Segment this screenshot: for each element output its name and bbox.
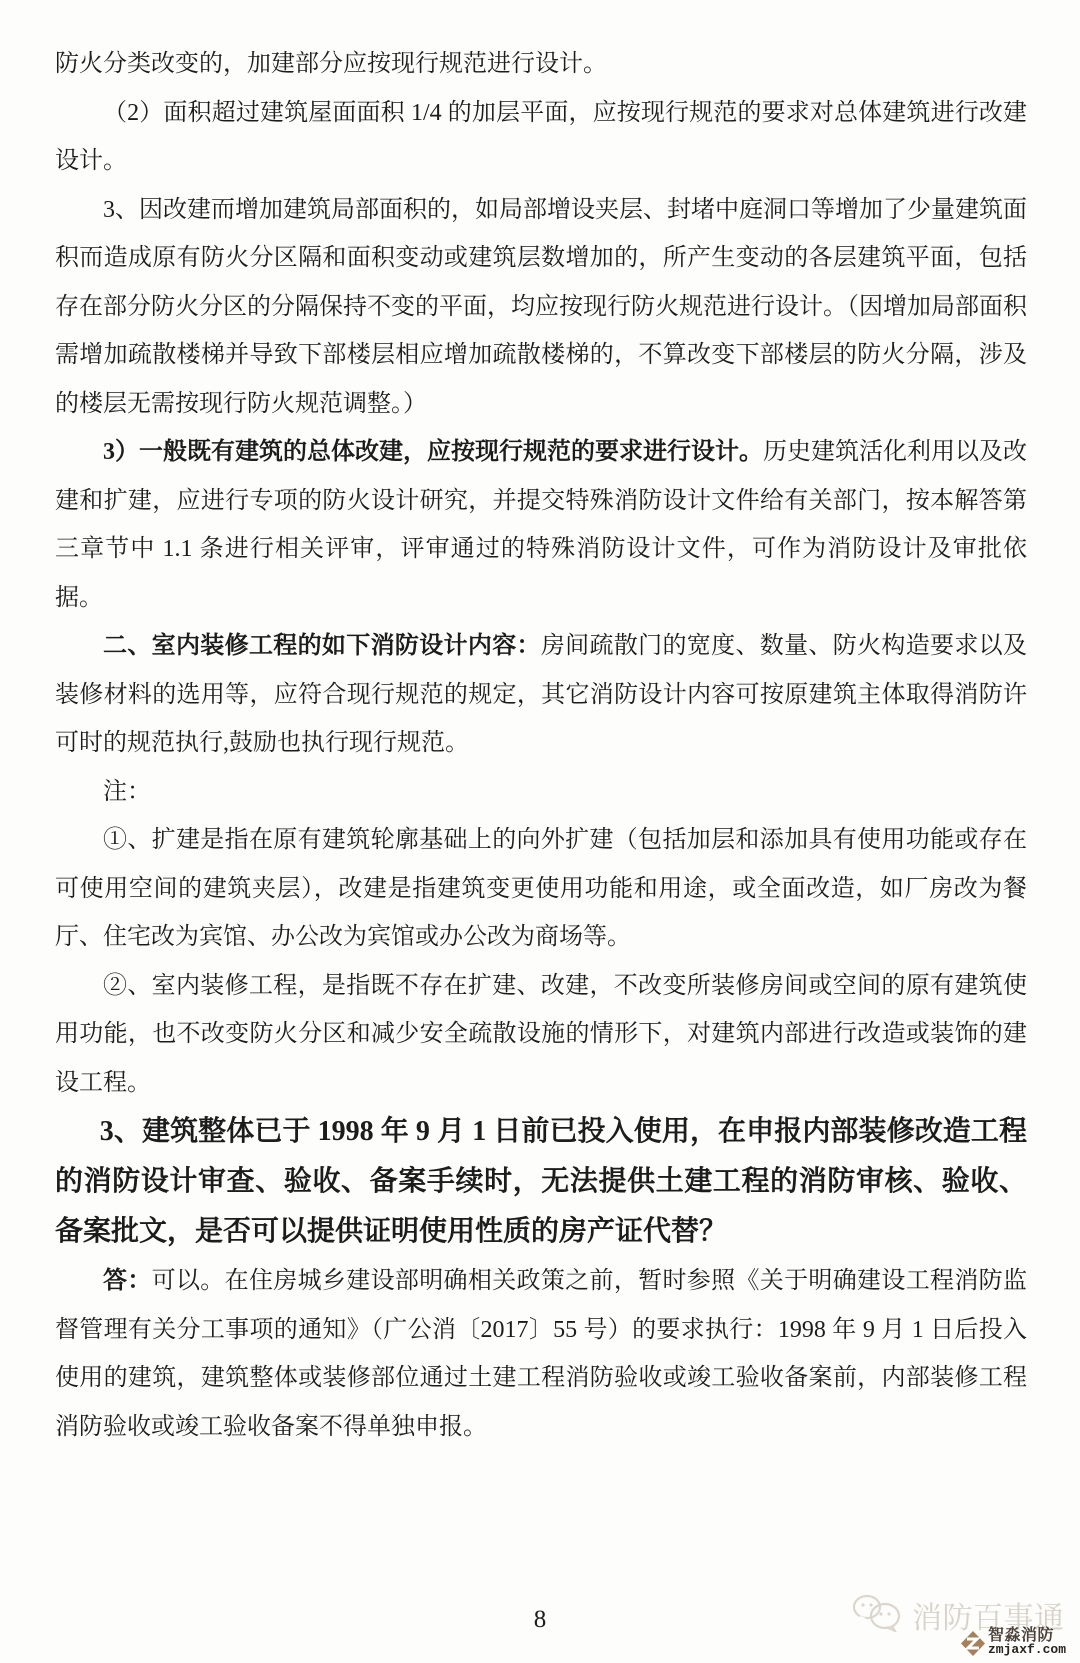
text-segment: ①、扩建是指在原有建筑轮廓基础上的向外扩建（包括加层和添加具有使用功能或存在可使…	[55, 827, 1027, 950]
text-segment: ②、室内装修工程，是指既不存在扩建、改建，不改变所装修房间或空间的原有建筑使用功…	[55, 973, 1027, 1096]
paragraph: 3、因改建而增加建筑局部面积的，如局部增设夹层、封堵中庭洞口等增加了少量建筑面积…	[55, 186, 1027, 429]
paragraph: 二、室内装修工程的如下消防设计内容：房间疏散门的宽度、数量、防火构造要求以及装修…	[55, 622, 1027, 768]
text-segment: 防火分类改变的，加建部分应按现行规范进行设计。	[55, 51, 607, 77]
paragraph: （2）面积超过建筑屋面面积 1/4 的加层平面，应按现行规范的要求对总体建筑进行…	[55, 89, 1027, 186]
chat-bubbles-icon	[852, 1592, 904, 1637]
brand-url: zmjaxf.com	[988, 1644, 1066, 1656]
text-segment: （2）面积超过建筑屋面面积 1/4 的加层平面，应按现行规范的要求对总体建筑进行…	[55, 100, 1027, 175]
paragraph: 答：可以。在住房城乡建设部明确相关政策之前，暂时参照《关于明确建设工程消防监督管…	[55, 1257, 1027, 1451]
document-page: 防火分类改变的，加建部分应按现行规范进行设计。（2）面积超过建筑屋面面积 1/4…	[0, 0, 1080, 1663]
paragraph: 防火分类改变的，加建部分应按现行规范进行设计。	[55, 40, 1027, 89]
document-body: 防火分类改变的，加建部分应按现行规范进行设计。（2）面积超过建筑屋面面积 1/4…	[55, 40, 1027, 1451]
bold-text-segment: 3）一般既有建筑的总体改建，应按现行规范的要求进行设计。	[103, 439, 763, 465]
brand-name: 智淼消防	[988, 1629, 1066, 1642]
brand-logo: 智淼消防 zmjaxf.com	[961, 1629, 1066, 1661]
paragraph: ②、室内装修工程，是指既不存在扩建、改建，不改变所装修房间或空间的原有建筑使用功…	[55, 962, 1027, 1108]
bold-text-segment: 答：	[103, 1268, 152, 1294]
text-segment: 可以。在住房城乡建设部明确相关政策之前，暂时参照《关于明确建设工程消防监督管理有…	[55, 1268, 1027, 1440]
text-segment: 注：	[103, 779, 151, 805]
text-segment: 3、因改建而增加建筑局部面积的，如局部增设夹层、封堵中庭洞口等增加了少量建筑面积…	[55, 197, 1027, 417]
bold-text-segment: 二、室内装修工程的如下消防设计内容：	[103, 633, 541, 659]
paragraph: 注：	[55, 768, 1027, 817]
text-segment: 3、建筑整体已于 1998 年 9 月 1 日前已投入使用，在申报内部装修改造工…	[55, 1116, 1027, 1247]
paragraph: ①、扩建是指在原有建筑轮廓基础上的向外扩建（包括加层和添加具有使用功能或存在可使…	[55, 816, 1027, 962]
question-paragraph: 3、建筑整体已于 1998 年 9 月 1 日前已投入使用，在申报内部装修改造工…	[55, 1107, 1027, 1257]
diamond-z-icon	[961, 1631, 985, 1661]
paragraph: 3）一般既有建筑的总体改建，应按现行规范的要求进行设计。历史建筑活化利用以及改建…	[55, 428, 1027, 622]
